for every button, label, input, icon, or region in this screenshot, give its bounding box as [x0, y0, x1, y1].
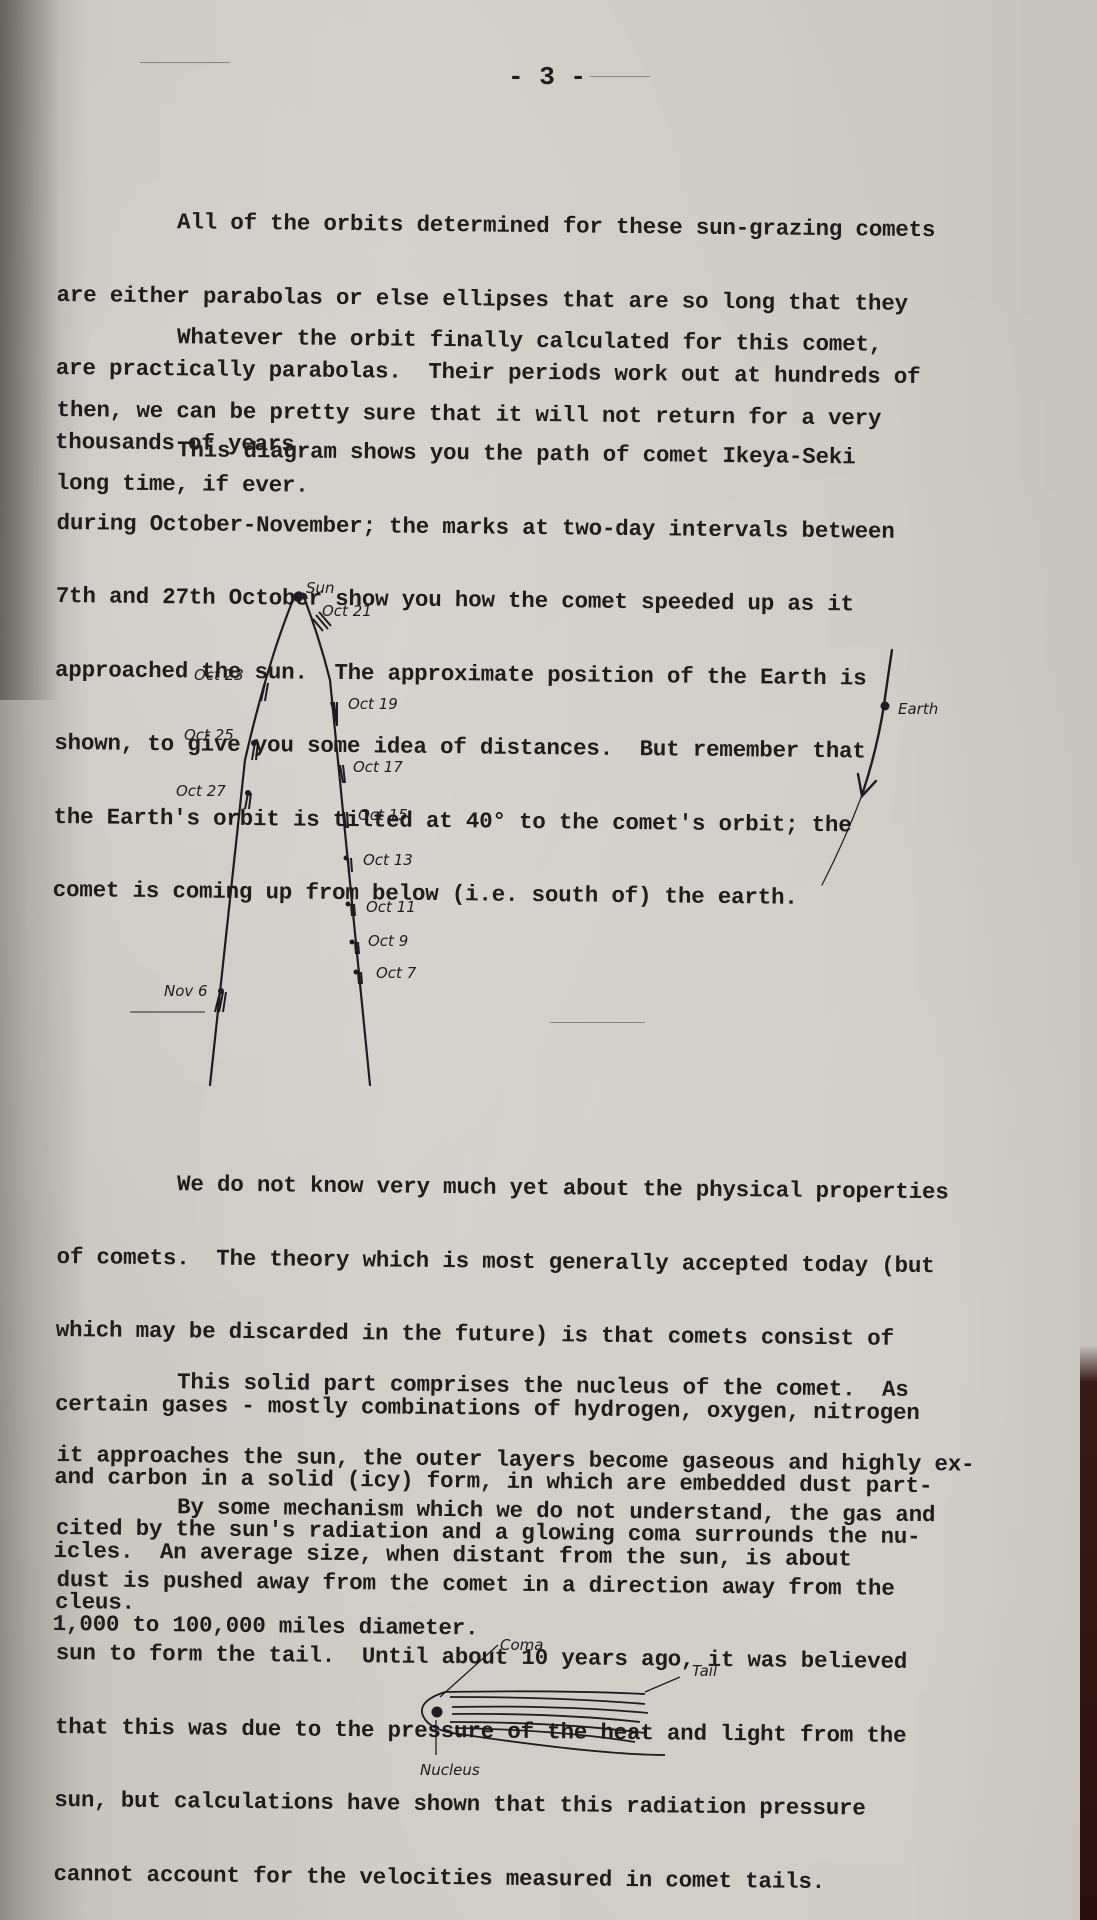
earth-label: Earth	[898, 700, 938, 718]
text-line: sun to form the tail. Until about 10 yea…	[56, 1641, 1066, 1676]
text-line: that this was due to the pressure of the…	[55, 1714, 1065, 1749]
label-nov-6: Nov 6	[164, 982, 208, 1000]
label-oct-23: Oct 23	[194, 666, 244, 684]
text-line: By some mechanism which we do not unders…	[57, 1494, 1067, 1529]
label-oct-11: Oct 11	[366, 898, 416, 916]
paragraph-tail-mechanism: By some mechanism which we do not unders…	[53, 1445, 1068, 1920]
earth-orbit-faint	[822, 795, 862, 885]
text-line: This solid part comprises the nucleus of…	[57, 1369, 1067, 1404]
earth-marker	[881, 702, 890, 711]
sun-label: Sun	[306, 579, 335, 597]
label-oct-15: Oct 15	[358, 806, 408, 824]
label-oct-7: Oct 7	[376, 964, 417, 982]
text-line: We do not know very much yet about the p…	[57, 1171, 1067, 1206]
label-oct-21: Oct 21	[322, 602, 372, 620]
sun-marker	[293, 592, 303, 602]
earth-orbit	[862, 650, 892, 795]
label-oct-19: Oct 19	[348, 695, 398, 713]
label-oct-9: Oct 9	[368, 932, 408, 950]
text-line: sun, but calculations have shown that th…	[54, 1788, 1064, 1823]
label-oct-13: Oct 13	[363, 851, 413, 869]
text-line: of comets. The theory which is most gene…	[56, 1244, 1066, 1279]
label-oct-25: Oct 25	[184, 726, 234, 744]
text-line: cannot account for the velocities measur…	[53, 1861, 1063, 1896]
text-line: dust is pushed away from the comet in a …	[56, 1567, 1066, 1602]
label-oct-27: Oct 27	[176, 782, 226, 800]
label-oct-17: Oct 17	[353, 758, 403, 776]
comet-dots	[218, 740, 359, 994]
